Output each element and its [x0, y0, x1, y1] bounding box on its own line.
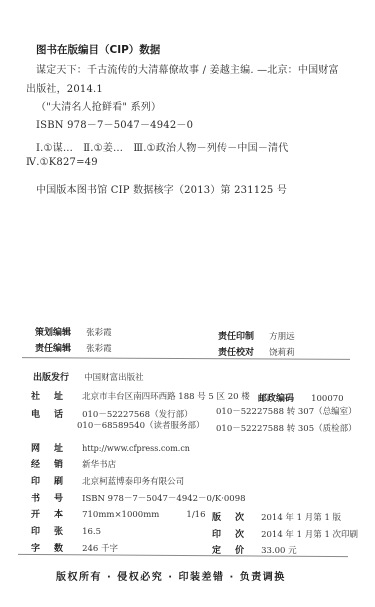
cip-subjects-line1: Ⅰ.①谋… Ⅱ.①姜… Ⅲ.①政治人物－列传－中国－清代 — [36, 139, 288, 154]
word-count-row: 字数 246 千字 — [31, 536, 118, 555]
address-label-a: 社 — [31, 389, 40, 402]
cip-title-line: 谋定天下：千古流传的大清幕僚故事 / 姜越主编. —北京：中国财富 — [36, 61, 339, 76]
responsible-proofreading-row: 责任校对 饶莉莉 — [218, 340, 295, 359]
cip-subjects-line2: Ⅳ.①K827=49 — [26, 157, 98, 168]
copyright-notice: 版权所有 · 侵权必究 · 印装差错 · 负责调换 — [56, 568, 286, 583]
address-label-b: 址 — [54, 389, 63, 402]
responsible-proofreading-label: 责任校对 — [218, 348, 254, 358]
phone-label-a: 电 — [31, 407, 40, 420]
divider-bottom — [18, 554, 348, 557]
price-label-a: 定 — [212, 543, 221, 556]
publisher-row: 出版发行 中国财富出版社 — [33, 365, 144, 384]
cip-series: （"大清名人抢鲜看" 系列） — [36, 98, 161, 113]
postal-code-label: 邮政编码 — [258, 394, 294, 404]
format-fold: 1/16 — [186, 510, 205, 520]
postal-code-row: 邮政编码 100070 — [258, 386, 344, 405]
publisher-label: 出版发行 — [33, 373, 69, 383]
cip-isbn: ISBN 978－7－5047－4942－0 — [36, 116, 193, 131]
word-count-label-b: 数 — [54, 541, 63, 554]
phone-reader-service: 010－68589540（读者服务部） — [77, 419, 205, 431]
responsible-editor-value: 张彩霞 — [86, 344, 112, 354]
responsible-editor-row: 责任编辑 张彩霞 — [35, 336, 112, 355]
price-label-b: 价 — [235, 543, 244, 556]
responsible-editor-label: 责任编辑 — [35, 344, 71, 354]
phone-quality: 010－52227588 转 305（质检部） — [216, 422, 357, 434]
publisher-value: 中国财富出版社 — [84, 373, 144, 383]
address-value: 北京市丰台区南四环西路 188 号 5 区 20 楼 — [82, 392, 250, 402]
phone-label-b: 话 — [54, 407, 63, 420]
word-count-value: 246 千字 — [82, 544, 118, 554]
cip-heading: 图书在版编目（CIP）数据 — [36, 42, 160, 57]
word-count-label-a: 字 — [31, 541, 40, 554]
cip-publisher-line: 出版社，2014.1 — [26, 80, 103, 95]
postal-code-value: 100070 — [311, 394, 343, 404]
phone-editorial: 010－52227588 转 307（总编室） — [216, 405, 357, 417]
address-row: 社址 北京市丰台区南四环西路 188 号 5 区 20 楼 — [31, 384, 250, 403]
cip-record-number: 中国版本图书馆 CIP 数据核字（2013）第 231125 号 — [36, 181, 287, 196]
price-row: 定价 33.00 元 — [212, 538, 297, 557]
divider-top — [22, 357, 350, 360]
responsible-proofreading-value: 饶莉莉 — [269, 348, 295, 358]
price-value: 33.00 元 — [261, 546, 297, 556]
